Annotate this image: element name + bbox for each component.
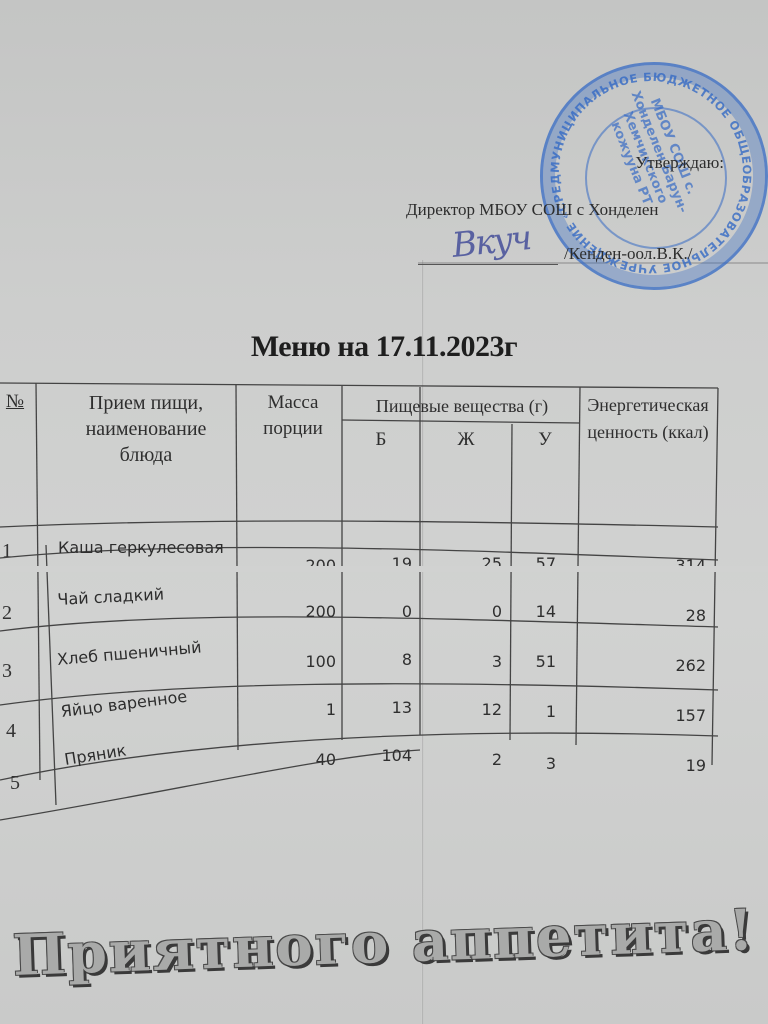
signature-line xyxy=(418,264,558,265)
row-4-protein: 13 xyxy=(350,698,412,717)
row-5-kcal: 19 xyxy=(620,756,706,775)
row-5-carbs: 3 xyxy=(520,754,556,773)
row-1-number: 1 xyxy=(2,540,12,563)
row-4-kcal: 157 xyxy=(620,706,706,725)
header-mass: Масса порции xyxy=(250,390,336,442)
header-nutrients: Пищевые вещества (г) xyxy=(342,394,582,418)
row-5-mass: 40 xyxy=(280,750,336,769)
header-fat: Ж xyxy=(420,428,512,452)
row-3-carbs: 51 xyxy=(520,652,556,671)
row-5-protein: 104 xyxy=(350,746,412,765)
row-4-fat: 12 xyxy=(440,700,502,719)
row-5-fat: 2 xyxy=(440,750,502,769)
row-2-number: 2 xyxy=(2,602,12,625)
header-protein: Б xyxy=(342,428,420,452)
page-title: Меню на 17.11.2023г xyxy=(0,330,768,364)
header-number: № xyxy=(0,390,30,414)
approve-label: Утверждаю: xyxy=(635,153,724,173)
signer-name: /Кенден-оол.В.К./ xyxy=(564,244,692,264)
header-energy: Энергетическая ценность (ккал) xyxy=(584,392,712,446)
row-2-mass: 200 xyxy=(280,602,336,621)
header-meal: Прием пищи, наименование блюда xyxy=(60,390,232,468)
row-3-mass: 100 xyxy=(280,652,336,671)
bon-appetit-caption: Приятного аппетита! xyxy=(0,897,768,990)
photo-overlap-band xyxy=(0,566,768,572)
row-3-number: 3 xyxy=(2,660,12,683)
row-4-number: 4 xyxy=(6,720,16,743)
row-3-kcal: 262 xyxy=(620,656,706,675)
row-2-protein: 0 xyxy=(350,602,412,621)
row-1-name: Каша геркулесовая xyxy=(58,538,228,566)
menu-table: № Прием пищи, наименование блюда Масса п… xyxy=(0,380,768,830)
row-4-mass: 1 xyxy=(280,700,336,719)
row-2-carbs: 14 xyxy=(520,602,556,621)
row-2-kcal: 28 xyxy=(620,606,706,625)
header-carbs: У xyxy=(512,428,578,452)
director-signature: Вкуч xyxy=(450,218,532,266)
row-2-fat: 0 xyxy=(440,602,502,621)
director-line: Директор МБОУ СОШ с Хонделен xyxy=(406,200,659,220)
row-5-number: 5 xyxy=(10,772,20,795)
row-3-protein: 8 xyxy=(350,650,412,669)
row-4-carbs: 1 xyxy=(520,702,556,721)
row-3-fat: 3 xyxy=(440,652,502,671)
